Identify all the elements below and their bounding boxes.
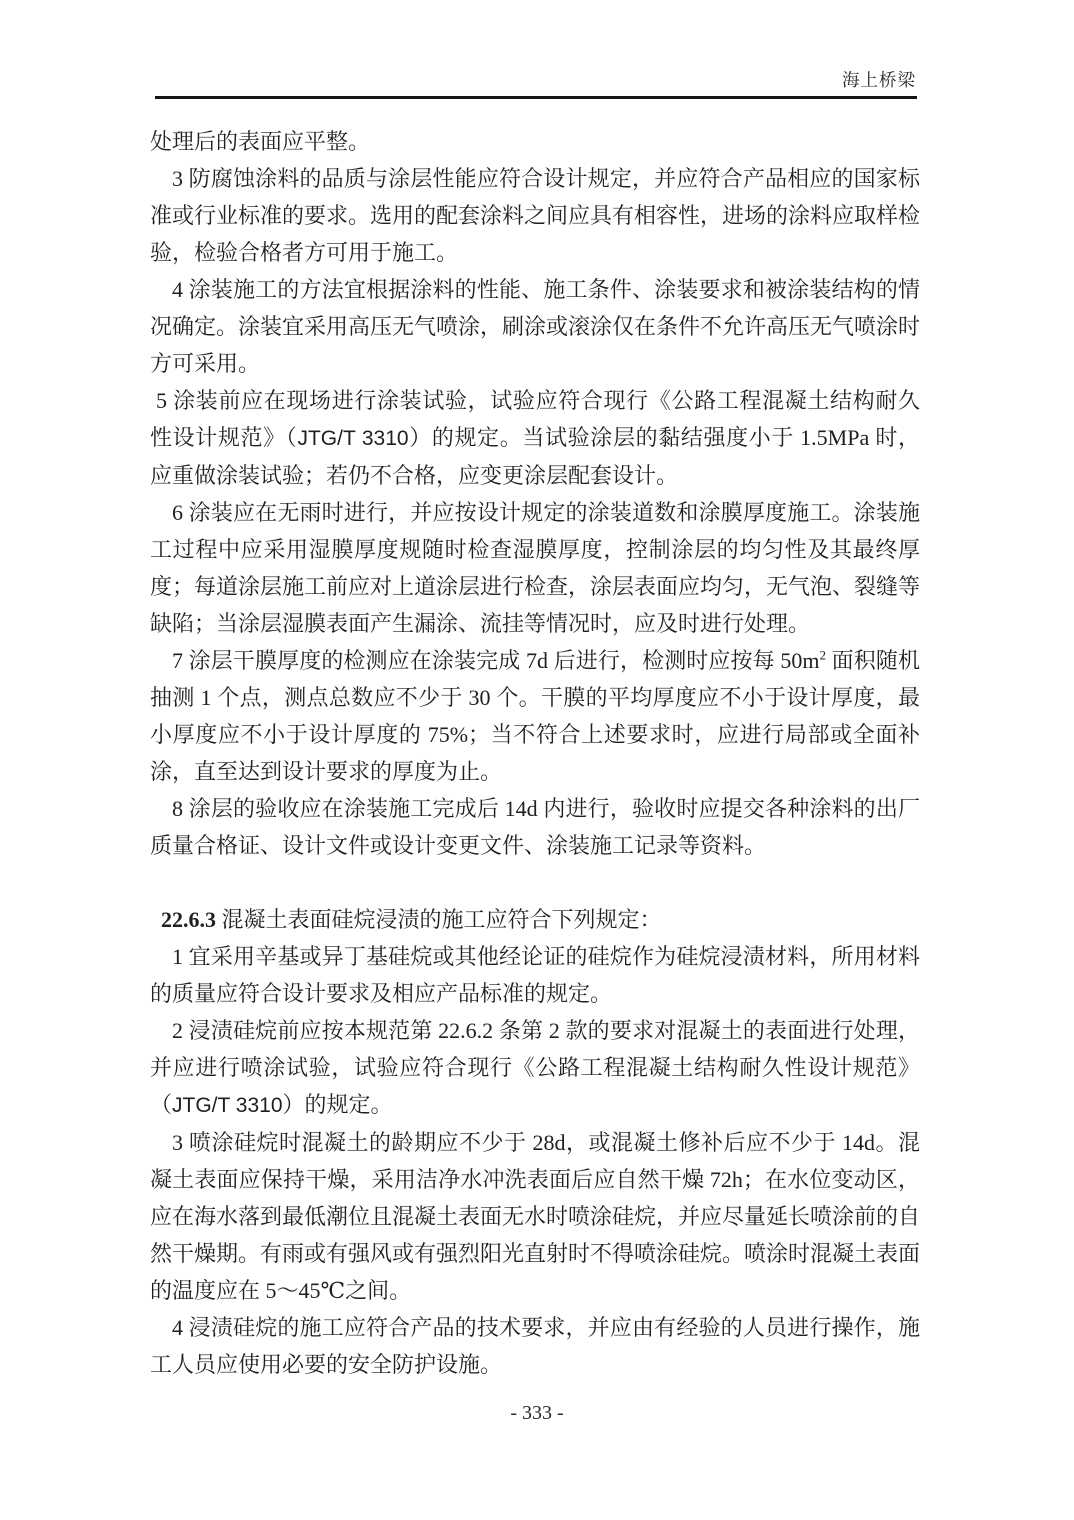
paragraph: 7 涂层干膜厚度的检测应在涂装完成 7d 后进行，检测时应按每 50m2 面积随… — [150, 642, 920, 790]
header-rule — [155, 96, 917, 99]
text-run: 22.6.3 — [161, 907, 216, 932]
document-page: 海上桥梁 处理后的表面应平整。3 防腐蚀涂料的品质与涂层性能应符合设计规定，并应… — [0, 0, 1074, 1520]
running-header-title: 海上桥梁 — [842, 67, 916, 92]
text-run: 4 浸渍硅烷的施工应符合产品的技术要求，并应由有经验的人员进行操作，施工人员应使… — [150, 1315, 920, 1377]
paragraph: 1 宜采用辛基或异丁基硅烷或其他经论证的硅烷作为硅烷浸渍材料，所用材料的质量应符… — [150, 938, 920, 1012]
paragraph: 2 浸渍硅烷前应按本规范第 22.6.2 条第 2 款的要求对混凝土的表面进行处… — [150, 1012, 920, 1124]
paragraph-spacer — [150, 864, 920, 901]
paragraph: 5 涂装前应在现场进行涂装试验，试验应符合现行《公路工程混凝土结构耐久性设计规范… — [150, 382, 920, 494]
page-number: - 333 - — [0, 1402, 1074, 1425]
text-run: 处理后的表面应平整。 — [150, 129, 370, 154]
paragraph: 4 浸渍硅烷的施工应符合产品的技术要求，并应由有经验的人员进行操作，施工人员应使… — [150, 1309, 920, 1383]
paragraph: 3 防腐蚀涂料的品质与涂层性能应符合设计规定，并应符合产品相应的国家标准或行业标… — [150, 160, 920, 271]
paragraph: 8 涂层的验收应在涂装施工完成后 14d 内进行，验收时应提交各种涂料的出厂质量… — [150, 790, 920, 864]
text-run: 4 涂装施工的方法宜根据涂料的性能、施工条件、涂装要求和被涂装结构的情况确定。涂… — [150, 277, 920, 376]
text-run: JTG/T 3310 — [297, 427, 408, 450]
paragraph: 4 涂装施工的方法宜根据涂料的性能、施工条件、涂装要求和被涂装结构的情况确定。涂… — [150, 271, 920, 382]
text-run: 1 宜采用辛基或异丁基硅烷或其他经论证的硅烷作为硅烷浸渍材料，所用材料的质量应符… — [150, 944, 920, 1006]
text-run: 8 涂层的验收应在涂装施工完成后 14d 内进行，验收时应提交各种涂料的出厂质量… — [150, 796, 920, 858]
section-heading: 22.6.3 混凝土表面硅烷浸渍的施工应符合下列规定： — [150, 901, 920, 938]
text-run: 6 涂装应在无雨时进行，并应按设计规定的涂装道数和涂膜厚度施工。涂装施工过程中应… — [150, 500, 920, 636]
text-run: 3 防腐蚀涂料的品质与涂层性能应符合设计规定，并应符合产品相应的国家标准或行业标… — [150, 166, 920, 265]
text-run: 3 喷涂硅烷时混凝土的龄期应不少于 28d，或混凝土修补后应不少于 14d。混凝… — [150, 1130, 920, 1303]
text-run: 混凝土表面硅烷浸渍的施工应符合下列规定： — [216, 907, 662, 932]
text-run: ）的规定。 — [283, 1092, 393, 1117]
paragraph: 3 喷涂硅烷时混凝土的龄期应不少于 28d，或混凝土修补后应不少于 14d。混凝… — [150, 1124, 920, 1309]
paragraph: 6 涂装应在无雨时进行，并应按设计规定的涂装道数和涂膜厚度施工。涂装施工过程中应… — [150, 494, 920, 642]
paragraph: 处理后的表面应平整。 — [150, 123, 920, 160]
text-run: 7 涂层干膜厚度的检测应在涂装完成 7d 后进行，检测时应按每 50m — [172, 648, 820, 673]
text-run: JTG/T 3310 — [172, 1094, 283, 1117]
document-body: 处理后的表面应平整。3 防腐蚀涂料的品质与涂层性能应符合设计规定，并应符合产品相… — [150, 123, 920, 1383]
